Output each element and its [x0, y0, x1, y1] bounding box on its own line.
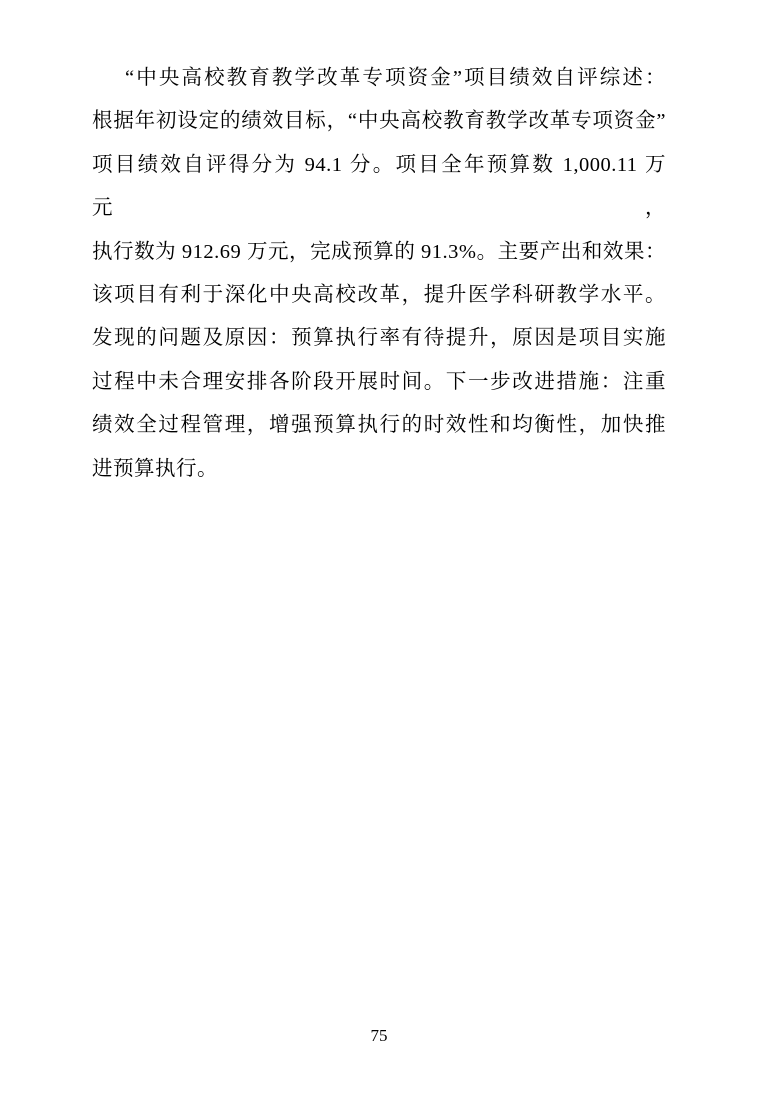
document-page: “中央高校教育教学改革专项资金”项目绩效自评综述： 根据年初设定的绩效目标，“中… — [0, 0, 758, 1100]
paragraph-line: 进预算执行。 — [92, 448, 666, 491]
paragraph-line: 过程中未合理安排各阶段开展时间。下一步改进措施：注重 — [92, 361, 666, 404]
self-evaluation-paragraph: “中央高校教育教学改革专项资金”项目绩效自评综述： 根据年初设定的绩效目标，“中… — [92, 57, 666, 491]
paragraph-line: 该项目有利于深化中央高校改革，提升医学科研教学水平。 — [92, 274, 666, 317]
paragraph-line: 绩效全过程管理，增强预算执行的时效性和均衡性，加快推 — [92, 404, 666, 447]
paragraph-line: 根据年初设定的绩效目标，“中央高校教育教学改革专项资金” — [92, 100, 666, 143]
paragraph-line: 发现的问题及原因：预算执行率有待提升，原因是项目实施 — [92, 317, 666, 360]
paragraph-line: “中央高校教育教学改革专项资金”项目绩效自评综述： — [92, 57, 666, 100]
paragraph-line: 项目绩效自评得分为 94.1 分。项目全年预算数 1,000.11 万元， — [92, 144, 666, 231]
page-number: 75 — [0, 1026, 758, 1046]
paragraph-line: 执行数为 912.69 万元，完成预算的 91.3%。主要产出和效果： — [92, 231, 666, 274]
